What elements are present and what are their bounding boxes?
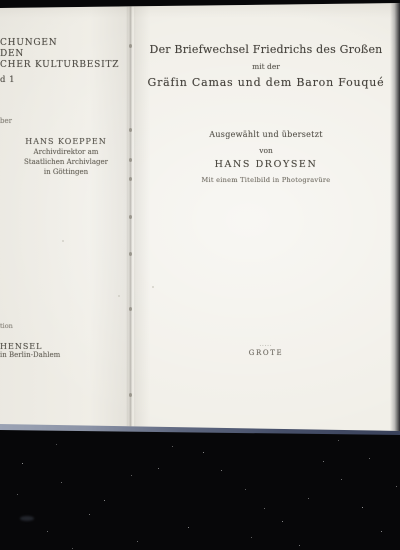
- series-volume-fragment: d 1: [0, 75, 15, 85]
- series-title-line: DEN: [0, 49, 24, 59]
- second-editor-place: in Berlin-Dahlem: [0, 351, 60, 359]
- series-editor-role-line: Staatlichen Archivlager: [8, 158, 124, 166]
- publisher-imprint: GROTE: [140, 349, 392, 357]
- binding-stitch: [129, 177, 132, 181]
- binding-stitch: [129, 215, 132, 219]
- backdrop-smudge: [20, 516, 34, 521]
- open-book-pages: CHUNGEN DEN CHER KULTURBESITZ d 1 ber HA…: [0, 0, 400, 550]
- book-title-line-1: Der Briefwechsel Friedrichs des Großen: [140, 43, 392, 56]
- cut-text-fragment: tion: [0, 322, 13, 330]
- cut-text-fragment: ber: [0, 117, 12, 125]
- series-editor-role-line: Archivdirektor am: [8, 148, 124, 156]
- paper-speck: [118, 295, 120, 297]
- series-title-line: CHUNGEN: [0, 38, 57, 48]
- paper-speck: [152, 286, 154, 288]
- binding-stitch: [129, 158, 132, 162]
- dust-speckles: [0, 0, 1, 1]
- paper-speck: [62, 240, 64, 242]
- series-editor-role-line: in Göttingen: [8, 168, 124, 176]
- illustration-note: Mit einem Titelbild in Photogravüre: [140, 176, 392, 184]
- series-title-line: CHER KULTURBESITZ: [0, 60, 119, 70]
- translator-name: HANS DROYSEN: [140, 159, 392, 170]
- von-line: von: [140, 146, 392, 155]
- series-editor-name: HANS KOEPPEN: [8, 137, 124, 146]
- book-title-line-3: Gräfin Camas und dem Baron Fouqué: [140, 76, 392, 89]
- book-photo: CHUNGEN DEN CHER KULTURBESITZ d 1 ber HA…: [0, 0, 400, 550]
- binding-stitch: [129, 44, 132, 48]
- book-title-line-2: mit der: [140, 62, 392, 71]
- binding-stitch: [129, 252, 132, 256]
- second-editor-name-fragment: HENSEL: [0, 342, 42, 351]
- binding-stitch: [129, 307, 132, 311]
- binding-stitch: [129, 128, 132, 132]
- edited-by-line: Ausgewählt und übersetzt: [140, 130, 392, 139]
- binding-stitch: [129, 393, 132, 397]
